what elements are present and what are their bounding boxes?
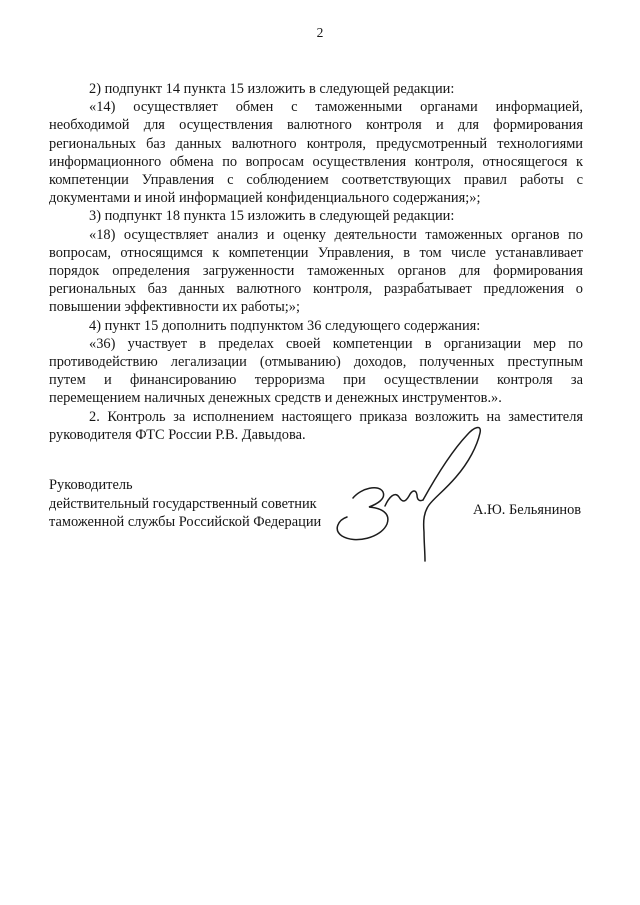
document-line: «14) осуществляет обмен с таможенными ор… xyxy=(49,98,583,116)
document-line: «18) осуществляет анализ и оценку деятел… xyxy=(49,226,583,244)
document-line: путем и финансированию терроризма при ос… xyxy=(49,371,583,389)
document-line: компетенции Управления с соблюдением соо… xyxy=(49,171,583,189)
document-line: «36) участвует в пределах своей компетен… xyxy=(49,335,583,353)
document-line: региональных баз данных валютного контро… xyxy=(49,280,583,298)
document-line: региональных баз данных валютного контро… xyxy=(49,135,583,153)
signer-name: А.Ю. Бельянинов xyxy=(473,502,581,518)
document-body: 2) подпункт 14 пункта 15 изложить в след… xyxy=(49,80,583,444)
page-number: 2 xyxy=(0,25,640,40)
document-line: документами и иной информацией конфиденц… xyxy=(49,189,583,207)
document-line: противодействию легализации (отмыванию) … xyxy=(49,353,583,371)
handwritten-signature-icon xyxy=(323,420,503,570)
document-line: информационного обмена по вопросам осуще… xyxy=(49,153,583,171)
document-line: 4) пункт 15 дополнить подпунктом 36 след… xyxy=(49,317,583,335)
document-line: порядок определения загруженности таможе… xyxy=(49,262,583,280)
document-line: 3) подпункт 18 пункта 15 изложить в след… xyxy=(49,207,583,225)
document-line: перемещением наличных денежных средств и… xyxy=(49,389,583,407)
document-line: необходимой для осуществления валютного … xyxy=(49,116,583,134)
document-line: 2) подпункт 14 пункта 15 изложить в след… xyxy=(49,80,583,98)
document-page: 2 2) подпункт 14 пункта 15 изложить в сл… xyxy=(0,0,640,905)
document-line: повышении эффективности их работы;»; xyxy=(49,298,583,316)
document-line: вопросам, относящимся к компетенции Упра… xyxy=(49,244,583,262)
